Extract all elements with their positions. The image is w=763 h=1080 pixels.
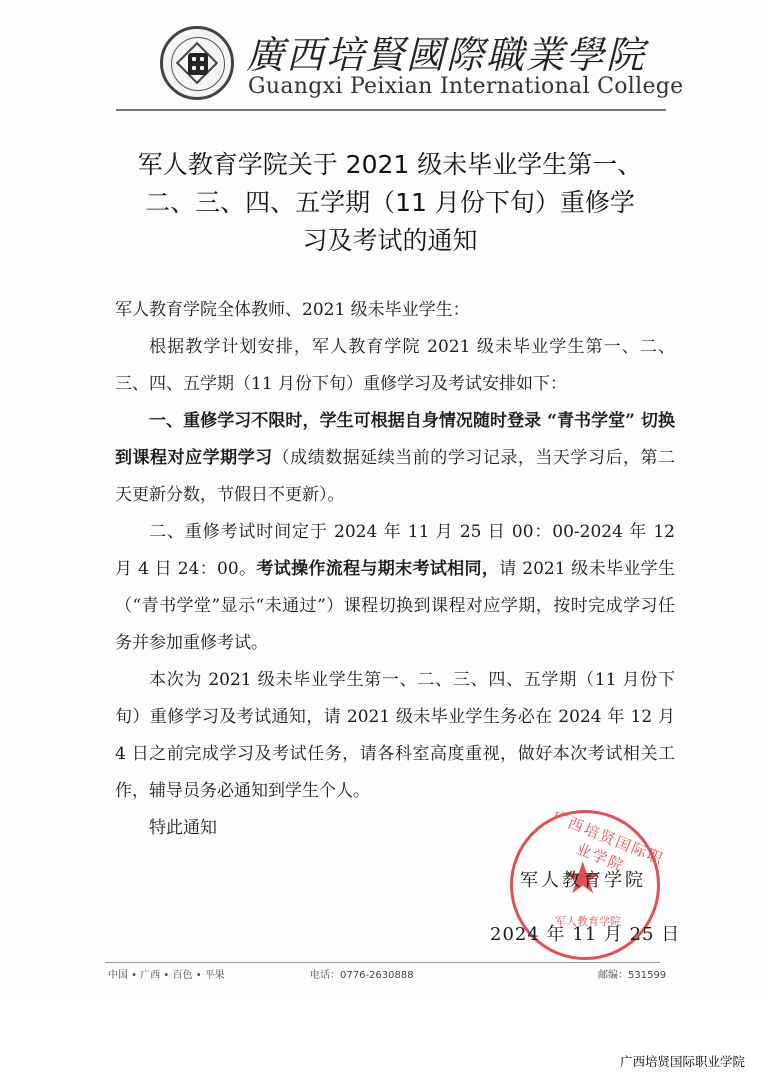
intro-paragraph: 根据教学计划安排，军人教育学院 2021 级未毕业学生第一、二、三、四、五学期（… <box>115 329 675 403</box>
document-page: 廣西培賢國際職業學院 Guangxi Peixian International… <box>0 0 763 1000</box>
title-line-3: 习及考试的通知 <box>90 222 690 260</box>
title-line-2: 二、三、四、五学期（11 月份下旬）重修学 <box>90 184 690 222</box>
college-seal-icon <box>160 26 234 100</box>
notice-body: 军人教育学院全体教师、2021 级未毕业学生： 根据教学计划安排，军人教育学院 … <box>115 292 675 847</box>
salutation: 军人教育学院全体教师、2021 级未毕业学生： <box>115 292 675 329</box>
footer-address: 中国 • 广西 • 百色 • 平果 <box>108 966 225 981</box>
item-2-bold: 考试操作流程与期末考试相同， <box>256 559 499 579</box>
item-1-paragraph: 一、重修学习不限时，学生可根据自身情况随时登录 “青书学堂” 切换到课程对应学期… <box>115 403 675 514</box>
closing-paragraph: 本次为 2021 级未毕业学生第一、二、三、四、五学期（11 月份下旬）重修学习… <box>115 662 675 810</box>
letterhead: 廣西培賢國際職業學院 Guangxi Peixian International… <box>160 22 620 104</box>
footer-divider <box>105 962 660 963</box>
signature-date: 2024 年 11 月 25 日 <box>490 920 680 946</box>
footer-phone: 电话：0776-2630888 <box>310 966 414 981</box>
signature-org: 军人教育学院 <box>520 866 646 892</box>
item-2-paragraph: 二、重修考试时间定于 2024 年 11 月 25 日 00：00-2024 年… <box>115 514 675 662</box>
title-line-1: 军人教育学院关于 2021 级未毕业学生第一、 <box>90 146 690 184</box>
college-name-chinese: 廣西培賢國際職業學院 <box>246 24 646 79</box>
source-caption: 广西培贤国际职业学院 <box>620 1052 745 1070</box>
notice-title: 军人教育学院关于 2021 级未毕业学生第一、 二、三、四、五学期（11 月份下… <box>90 146 690 260</box>
college-name-english: Guangxi Peixian International College <box>248 74 683 99</box>
header-divider <box>116 109 666 111</box>
footer-postcode: 邮编：531599 <box>598 966 666 981</box>
